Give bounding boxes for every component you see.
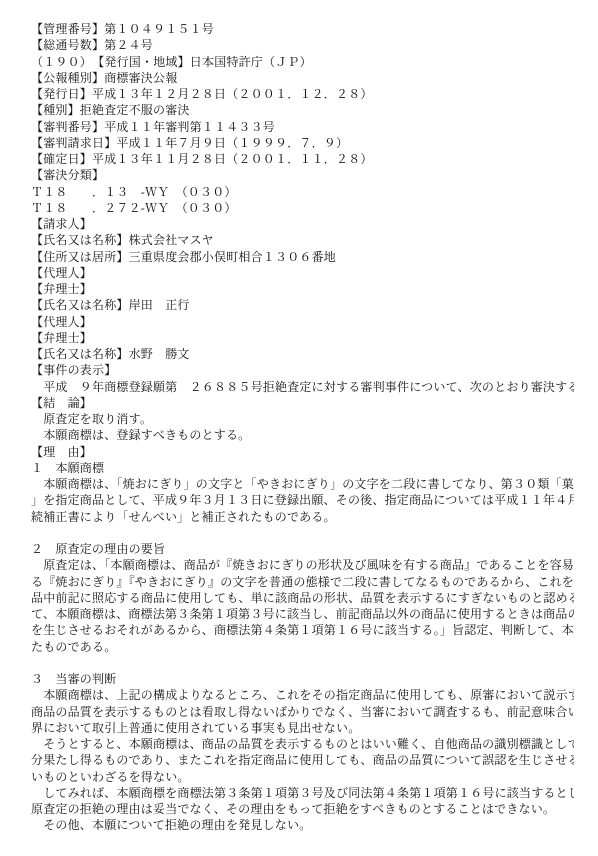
doc-line: 【住所又は居所】三重県度会郡小俣町相合１３０６番地	[31, 249, 574, 265]
doc-line: ３ 当審の判断	[31, 671, 574, 687]
doc-line: いものといわざるを得ない。	[31, 769, 574, 785]
doc-line: 」を指定商品として、平成９年３月１３日に登録出願、その後、指定商品については平成…	[31, 492, 574, 508]
doc-line: １ 本願商標	[31, 460, 574, 476]
doc-line: （１９０） 【発行国・地域】日本国特許庁（ＪＰ）	[31, 54, 574, 70]
doc-line: 【弁理士】	[31, 281, 574, 297]
doc-line: 【請求人】	[31, 216, 574, 232]
doc-line: 【種別】拒絶査定不服の審決	[31, 102, 574, 118]
doc-line: 【氏名又は名称】水野 勝文	[31, 346, 574, 362]
doc-line: その他、本願について拒絶の理由を発見しない。	[31, 817, 574, 833]
document-text: 【管理番号】第１０４９１５１号【総通号数】第２４号（１９０） 【発行国・地域】日…	[31, 21, 574, 834]
doc-line: 【審判番号】平成１１年審判第１１４３３号	[31, 119, 574, 135]
doc-line: 平成 ９年商標登録願第 ２６８８５号拒絶査定に対する審判事件について、次のとおり…	[31, 379, 574, 395]
doc-line: 【公報種別】商標審決公報	[31, 70, 574, 86]
doc-line: 【確定日】平成１３年１１月２８日（２００１．１１．２８）	[31, 151, 574, 167]
doc-blank-line	[31, 525, 574, 541]
doc-line: 【結 論】	[31, 395, 574, 411]
doc-line: 原査定を取り消す。	[31, 411, 574, 427]
doc-blank-line	[31, 655, 574, 671]
doc-line: 【総通号数】第２４号	[31, 37, 574, 53]
doc-line: を生じさせるおそれがあるから、商標法第４条第１項第１６号に該当する。」旨認定、判…	[31, 622, 574, 638]
doc-line: 原査定の拒絶の理由は妥当でなく、その理由をもって拒絶をすべきものとすることはでき…	[31, 801, 574, 817]
doc-line: たものである。	[31, 639, 574, 655]
doc-line: て、本願商標は、商標法第３条第１項第３号に該当し、前記商品以外の商品に使用すると…	[31, 606, 574, 622]
doc-line: 商品の品質を表示するものとは看取し得ないばかりでなく、当審において調査するも、前…	[31, 704, 574, 720]
doc-line: 本願商標は、登録すべきものとする。	[31, 427, 574, 443]
doc-line: Ｔ１８ ．２７２-ＷＹ （０３０）	[31, 200, 574, 216]
gazette-document: 【管理番号】第１０４９１５１号【総通号数】第２４号（１９０） 【発行国・地域】日…	[0, 0, 598, 856]
doc-line: 【審判請求日】平成１１年７月９日（１９９９．７．９）	[31, 135, 574, 151]
doc-line: 界において取引上普通に使用されている事実も見出せない。	[31, 720, 574, 736]
doc-line: 【審決分類】	[31, 167, 574, 183]
doc-line: 原査定は、「本願商標は、商品が『焼きおにぎりの形状及び風味を有する商品』であるこ…	[31, 557, 574, 573]
doc-line: 【理 由】	[31, 444, 574, 460]
doc-line: 【代理人】	[31, 314, 574, 330]
doc-line: 【氏名又は名称】株式会社マスヤ	[31, 232, 574, 248]
doc-line: 【弁理士】	[31, 330, 574, 346]
doc-line: 品中前記に照応する商品に使用しても、単に該商品の形状、品質を表示するにすぎないも…	[31, 590, 574, 606]
doc-line: 本願商標は、上記の構成よりなるところ、これをその指定商品に使用しても、原審におい…	[31, 687, 574, 703]
doc-line: 【管理番号】第１０４９１５１号	[31, 21, 574, 37]
doc-line: 【氏名又は名称】岸田 正行	[31, 297, 574, 313]
doc-line: 本願商標は、「焼おにぎり」の文字と「やきおにぎり」の文字を二段に書してなり、第３…	[31, 476, 574, 492]
doc-line: Ｔ１８ ．１３ -ＷＹ （０３０）	[31, 184, 574, 200]
doc-line: ２ 原査定の理由の要旨	[31, 541, 574, 557]
doc-line: 分果たし得るものであり、またこれを指定商品に使用しても、商品の品質について誤認を…	[31, 752, 574, 768]
doc-line: してみれば、本願商標を商標法第３条第１項第３号及び同法第４条第１項第１６号に該当…	[31, 785, 574, 801]
doc-line: る『焼おにぎり』『やきおにぎり』の文字を普通の態様で二段に書してなるものであるか…	[31, 574, 574, 590]
doc-line: 【発行日】平成１３年１２月２８日（２００１．１２．２８）	[31, 86, 574, 102]
doc-line: そうとすると、本願商標は、商品の品質を表示するものとはいい難く、自他商品の識別標…	[31, 736, 574, 752]
doc-line: 【事件の表示】	[31, 362, 574, 378]
doc-line: 続補正書により「せんべい」と補正されたものである。	[31, 509, 574, 525]
doc-line: 【代理人】	[31, 265, 574, 281]
